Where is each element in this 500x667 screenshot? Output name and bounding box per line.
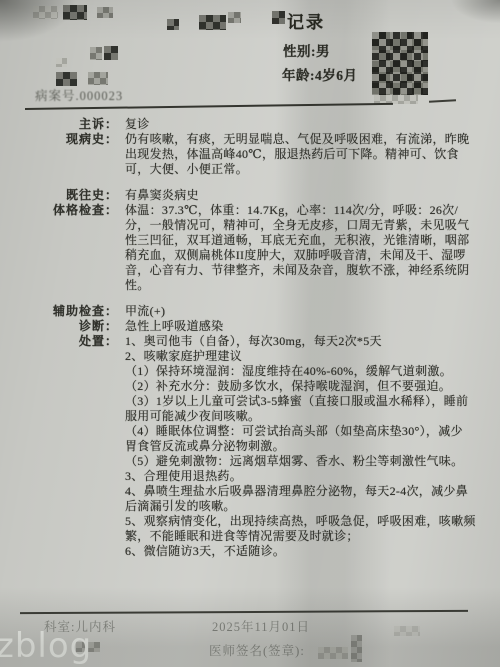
record-line: 稍充血，双侧扁桃体II度肿大，双肺呼吸音清，未闻及干、湿啰 <box>125 248 500 263</box>
record-row: 处置：1、奥司他韦（自备），每次30mg，每天2次*5天2、咳嗽家庭护理建议（1… <box>0 334 500 559</box>
record-line: 5、观察病情变化，出现持续高热，呼吸急促，呼吸困难，咳嗽频 <box>125 514 500 529</box>
record-line: 体温：37.3℃，体重：14.7Kg，心率：114次/分，呼吸：26次/ <box>125 203 500 218</box>
record-line: （5）避免刺激物：远离烟草烟雾、香水、粉尘等刺激性气味。 <box>125 454 500 469</box>
redaction-block <box>104 46 118 60</box>
header-short-line <box>429 99 456 102</box>
record-line: 分，一般情况可，精神可，全身无皮疹，口周无青紫，未见吸气 <box>125 218 500 233</box>
record-row: 体格检查：体温：37.3℃，体重：14.7Kg，心率：114次/分，呼吸：26次… <box>0 203 500 293</box>
redaction-block <box>56 58 67 67</box>
record-line: 1、奥司他韦（自备），每次30mg，每天2次*5天 <box>125 334 500 349</box>
footer-divider-line <box>20 610 468 614</box>
record-row-content: 仍有咳嗽，有痰，无明显喘息、气促及呼吸困难，有流涕，昨晚出现发热，体温高峰40℃… <box>125 132 500 177</box>
zblog-watermark: zblog <box>0 629 92 663</box>
page-title: 记录 <box>287 8 325 33</box>
redaction-block <box>394 626 420 636</box>
record-row-content: 体温：37.3℃，体重：14.7Kg，心率：114次/分，呼吸：26次/分，一般… <box>125 203 500 293</box>
date-field: 2025年11月01日 <box>212 617 310 635</box>
record-line: （1）保持环境湿润：湿度维持在40%-60%，缓解气道刺激。 <box>125 364 500 379</box>
medical-record-photo: 记录 性别:男 年龄:4岁6月 病案号.000023 主诉：复诊现病史：仍有咳嗽… <box>0 0 500 667</box>
record-line: 繁，不能睡眠和进食等情况需要及时就诊； <box>125 529 500 544</box>
record-row: 诊断：急性上呼吸道感染 <box>0 319 500 334</box>
redaction-block <box>33 6 58 19</box>
record-row-label: 诊断： <box>0 319 125 334</box>
record-row-content: 1、奥司他韦（自备），每次30mg，每天2次*5天2、咳嗽家庭护理建议（1）保持… <box>125 334 500 559</box>
record-row-label: 辅助检查： <box>0 304 125 319</box>
record-line: 音，心音有力、节律整齐，未闻及杂音，腹软不涨，神经系统阴 <box>125 263 500 278</box>
record-line: 性。 <box>125 278 500 293</box>
record-body: 主诉：复诊现病史：仍有咳嗽，有痰，无明显喘息、气促及呼吸困难，有流涕，昨晚出现发… <box>0 117 500 559</box>
redaction-block <box>90 47 102 60</box>
record-line: 有鼻窦炎病史 <box>125 188 500 203</box>
record-row-label: 主诉： <box>0 117 125 132</box>
redaction-block <box>272 11 285 24</box>
redaction-block <box>228 12 241 23</box>
age-field: 年龄:4岁6月 <box>282 64 358 84</box>
redaction-block <box>167 19 179 30</box>
record-line: （4）睡眠体位调整：可尝试抬高头部（如垫高床垫30°），减少 <box>125 424 500 439</box>
record-line: 出现发热，体温高峰40℃，服退热药后可下降。精神可、饮食 <box>125 147 500 162</box>
record-line: 后滴漏引发的咳嗽。 <box>125 499 500 514</box>
record-line: 6、微信随访3天，不适随诊。 <box>125 544 500 559</box>
record-row-label: 既往史： <box>0 188 125 203</box>
record-line: 性三凹征，双耳道通畅，耳底无充血，无积液，光锥清晰，咽部 <box>125 233 500 248</box>
signature-label: 医师签名(签章): <box>209 641 305 659</box>
record-line: 3、合理使用退热药。 <box>125 469 500 484</box>
record-line: （3）1岁以上儿童可尝试3-5蜂蜜（直接口服或温水稀释），睡前 <box>125 394 500 409</box>
record-line: 服用可能减少夜间咳嗽。 <box>125 409 500 424</box>
redaction-block <box>88 72 108 85</box>
record-row-label: 现病史： <box>0 132 125 147</box>
record-row-label: 体格检查： <box>0 203 125 218</box>
redacted-stamp-mosaic <box>372 32 428 95</box>
record-line: 可，大便、小便正常。 <box>125 162 500 177</box>
record-line: 甲流(+) <box>125 304 500 319</box>
redaction-block <box>97 7 113 18</box>
record-row: 既往史：有鼻窦炎病史 <box>0 188 500 203</box>
record-row-content: 复诊 <box>125 117 500 132</box>
redaction-block <box>199 15 226 30</box>
redaction-block <box>351 635 362 662</box>
redaction-block <box>56 72 77 86</box>
record-row: 现病史：仍有咳嗽，有痰，无明显喘息、气促及呼吸困难，有流涕，昨晚出现发热，体温高… <box>0 132 500 177</box>
gender-field: 性别:男 <box>283 40 330 60</box>
record-line: 4、鼻喷生理盐水后吸鼻器清理鼻腔分泌物，每天2-4次，减少鼻 <box>125 484 500 499</box>
record-row-content: 甲流(+) <box>125 304 500 319</box>
record-line: 2、咳嗽家庭护理建议 <box>125 349 500 364</box>
record-line: 仍有咳嗽，有痰，无明显喘息、气促及呼吸困难，有流涕，昨晚 <box>125 132 500 147</box>
record-row: 辅助检查：甲流(+) <box>0 304 500 319</box>
record-line: 复诊 <box>125 117 500 132</box>
record-line: 急性上呼吸道感染 <box>125 319 500 334</box>
record-row-content: 有鼻窦炎病史 <box>125 188 500 203</box>
record-line: （2）补充水分：鼓励多饮水，保持喉咙湿润，但不要强迫。 <box>125 379 500 394</box>
record-row-content: 急性上呼吸道感染 <box>125 319 500 334</box>
record-row: 主诉：复诊 <box>0 117 500 132</box>
record-row-label: 处置： <box>0 334 125 349</box>
record-line: 胃食管反流或鼻分泌物刺激。 <box>125 439 500 454</box>
case-number: 病案号.000023 <box>35 86 123 104</box>
redaction-block <box>318 647 348 659</box>
redaction-block <box>63 5 87 20</box>
